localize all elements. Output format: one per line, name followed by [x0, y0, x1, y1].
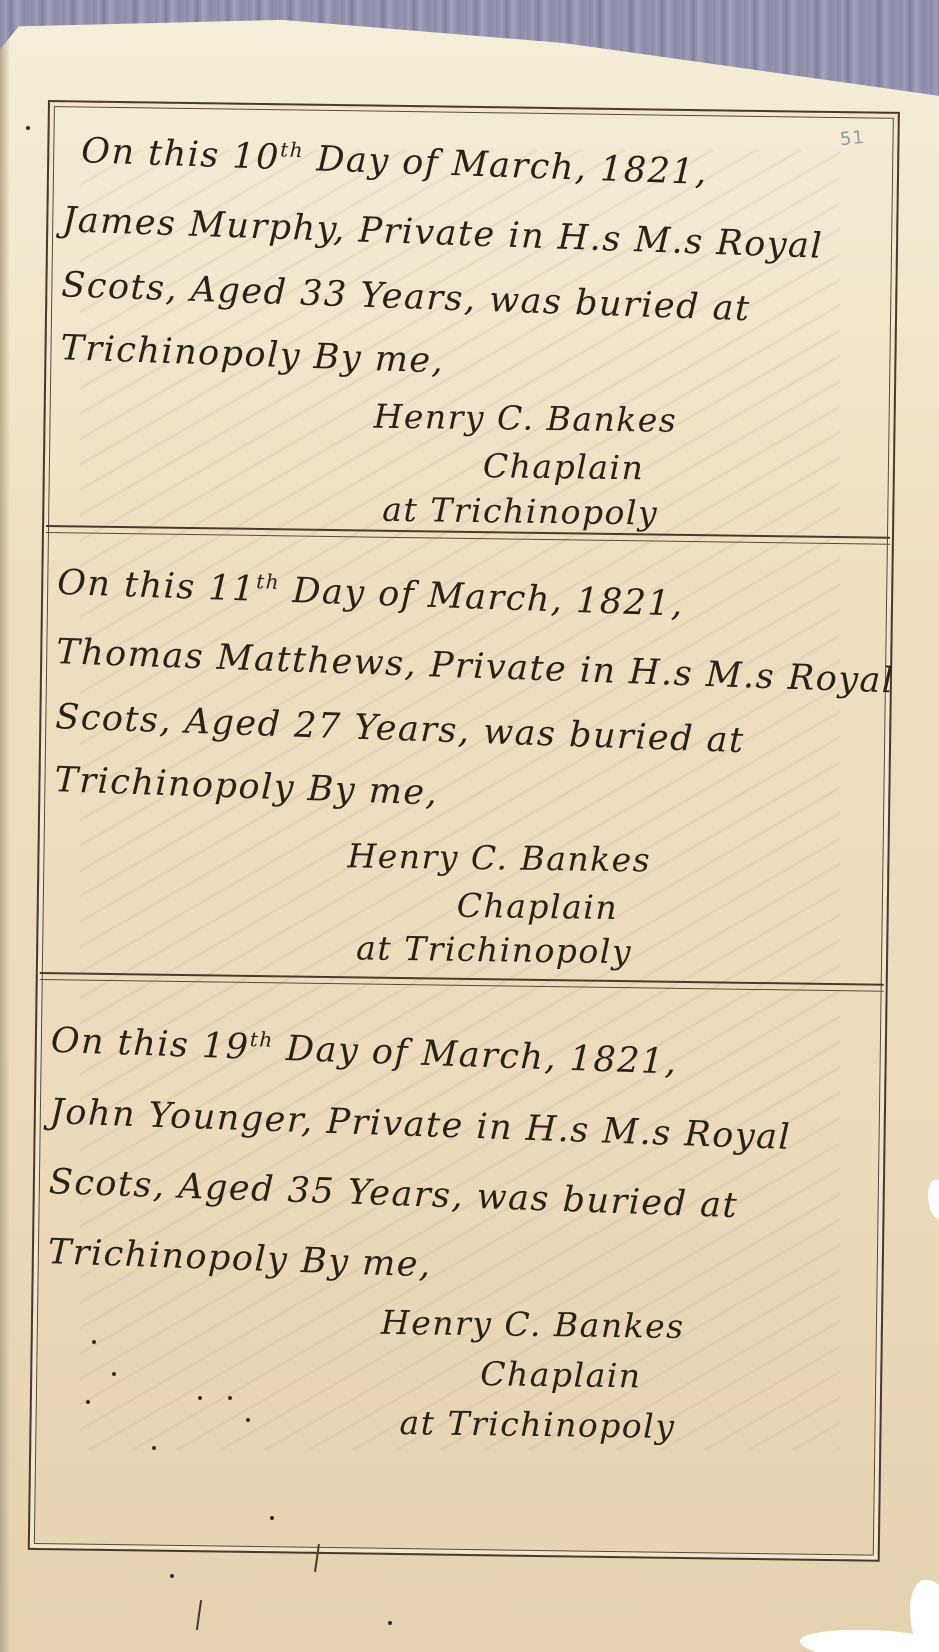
ink-speck — [26, 126, 30, 130]
entry-place-line: Trichinopoly By me, — [47, 1232, 432, 1285]
entry-prefix: On this — [81, 131, 234, 176]
entry-date-line: On this 10th Day of March, 1821, — [81, 130, 709, 193]
burial-entry-1: On this 10th Day of March, 1821, James M… — [42, 100, 900, 537]
signature-title: Chaplain — [480, 1354, 642, 1395]
ink-speck — [152, 1446, 156, 1450]
signature-place: at Trichinopoly — [356, 928, 632, 971]
signature-place: at Trichinopoly — [382, 490, 658, 533]
entry-place-line: Trichinopoly By me, — [60, 328, 445, 381]
signature-name: Henry C. Bankes — [381, 1303, 685, 1346]
burial-entry-3: On this 19th Day of March, 1821, John Yo… — [28, 980, 888, 1552]
ink-speck — [86, 1400, 90, 1404]
entry-day: 11 — [208, 568, 257, 610]
ink-speck — [112, 1372, 116, 1376]
entry-date-line: On this 11th Day of March, 1821, — [57, 562, 685, 625]
entry-day-suffix: th — [280, 137, 305, 162]
register-frame: On this 10th Day of March, 1821, James M… — [28, 100, 900, 1562]
burial-entry-2: On this 11th Day of March, 1821, Thomas … — [36, 532, 894, 984]
entry-name-line: James Murphy, Private in H.s M.s Royal — [62, 200, 824, 267]
ink-speck — [92, 1340, 96, 1344]
entry-day: 10 — [232, 136, 281, 178]
paper-tear — [928, 1180, 939, 1220]
ink-speck — [170, 1574, 174, 1578]
entry-day-suffix: th — [256, 569, 281, 594]
ink-speck — [198, 1396, 202, 1400]
page-edge-shadow — [0, 0, 10, 1652]
signature-title: Chaplain — [483, 446, 645, 487]
ink-speck — [270, 1516, 274, 1520]
signature-name: Henry C. Bankes — [347, 836, 651, 879]
entry-place-line: Trichinopoly By me, — [54, 760, 439, 813]
ink-speck — [246, 1418, 250, 1422]
entry-month-year: Day of March, 1821, — [279, 571, 684, 625]
entry-date-line: On this 19th Day of March, 1821, — [50, 1020, 678, 1083]
ink-speck — [228, 1396, 232, 1400]
entry-month-year: Day of March, 1821, — [273, 1029, 678, 1083]
ink-speck — [388, 1621, 392, 1625]
signature-name: Henry C. Bankes — [373, 397, 677, 440]
signature-title: Chaplain — [457, 886, 619, 927]
entry-age-line: Scots, Aged 33 Years, was buried at — [61, 265, 752, 329]
entry-prefix: On this — [57, 563, 210, 608]
ink-mark — [196, 1600, 202, 1630]
entry-name-line: John Younger, Private in H.s M.s Royal — [49, 1092, 792, 1158]
entry-prefix: On this — [50, 1021, 203, 1066]
entry-age-line: Scots, Aged 27 Years, was buried at — [55, 697, 746, 761]
entry-age-line: Scots, Aged 35 Years, was buried at — [48, 1162, 739, 1226]
entry-day-suffix: th — [249, 1027, 274, 1052]
entry-day: 19 — [201, 1026, 250, 1068]
entry-name-line: Thomas Matthews, Private in H.s M.s Roya… — [56, 632, 896, 701]
entry-month-year: Day of March, 1821, — [303, 139, 708, 193]
register-page: 51 On this 10th Day of March, 1821, Jame… — [0, 0, 939, 1652]
signature-place: at Trichinopoly — [399, 1403, 675, 1446]
